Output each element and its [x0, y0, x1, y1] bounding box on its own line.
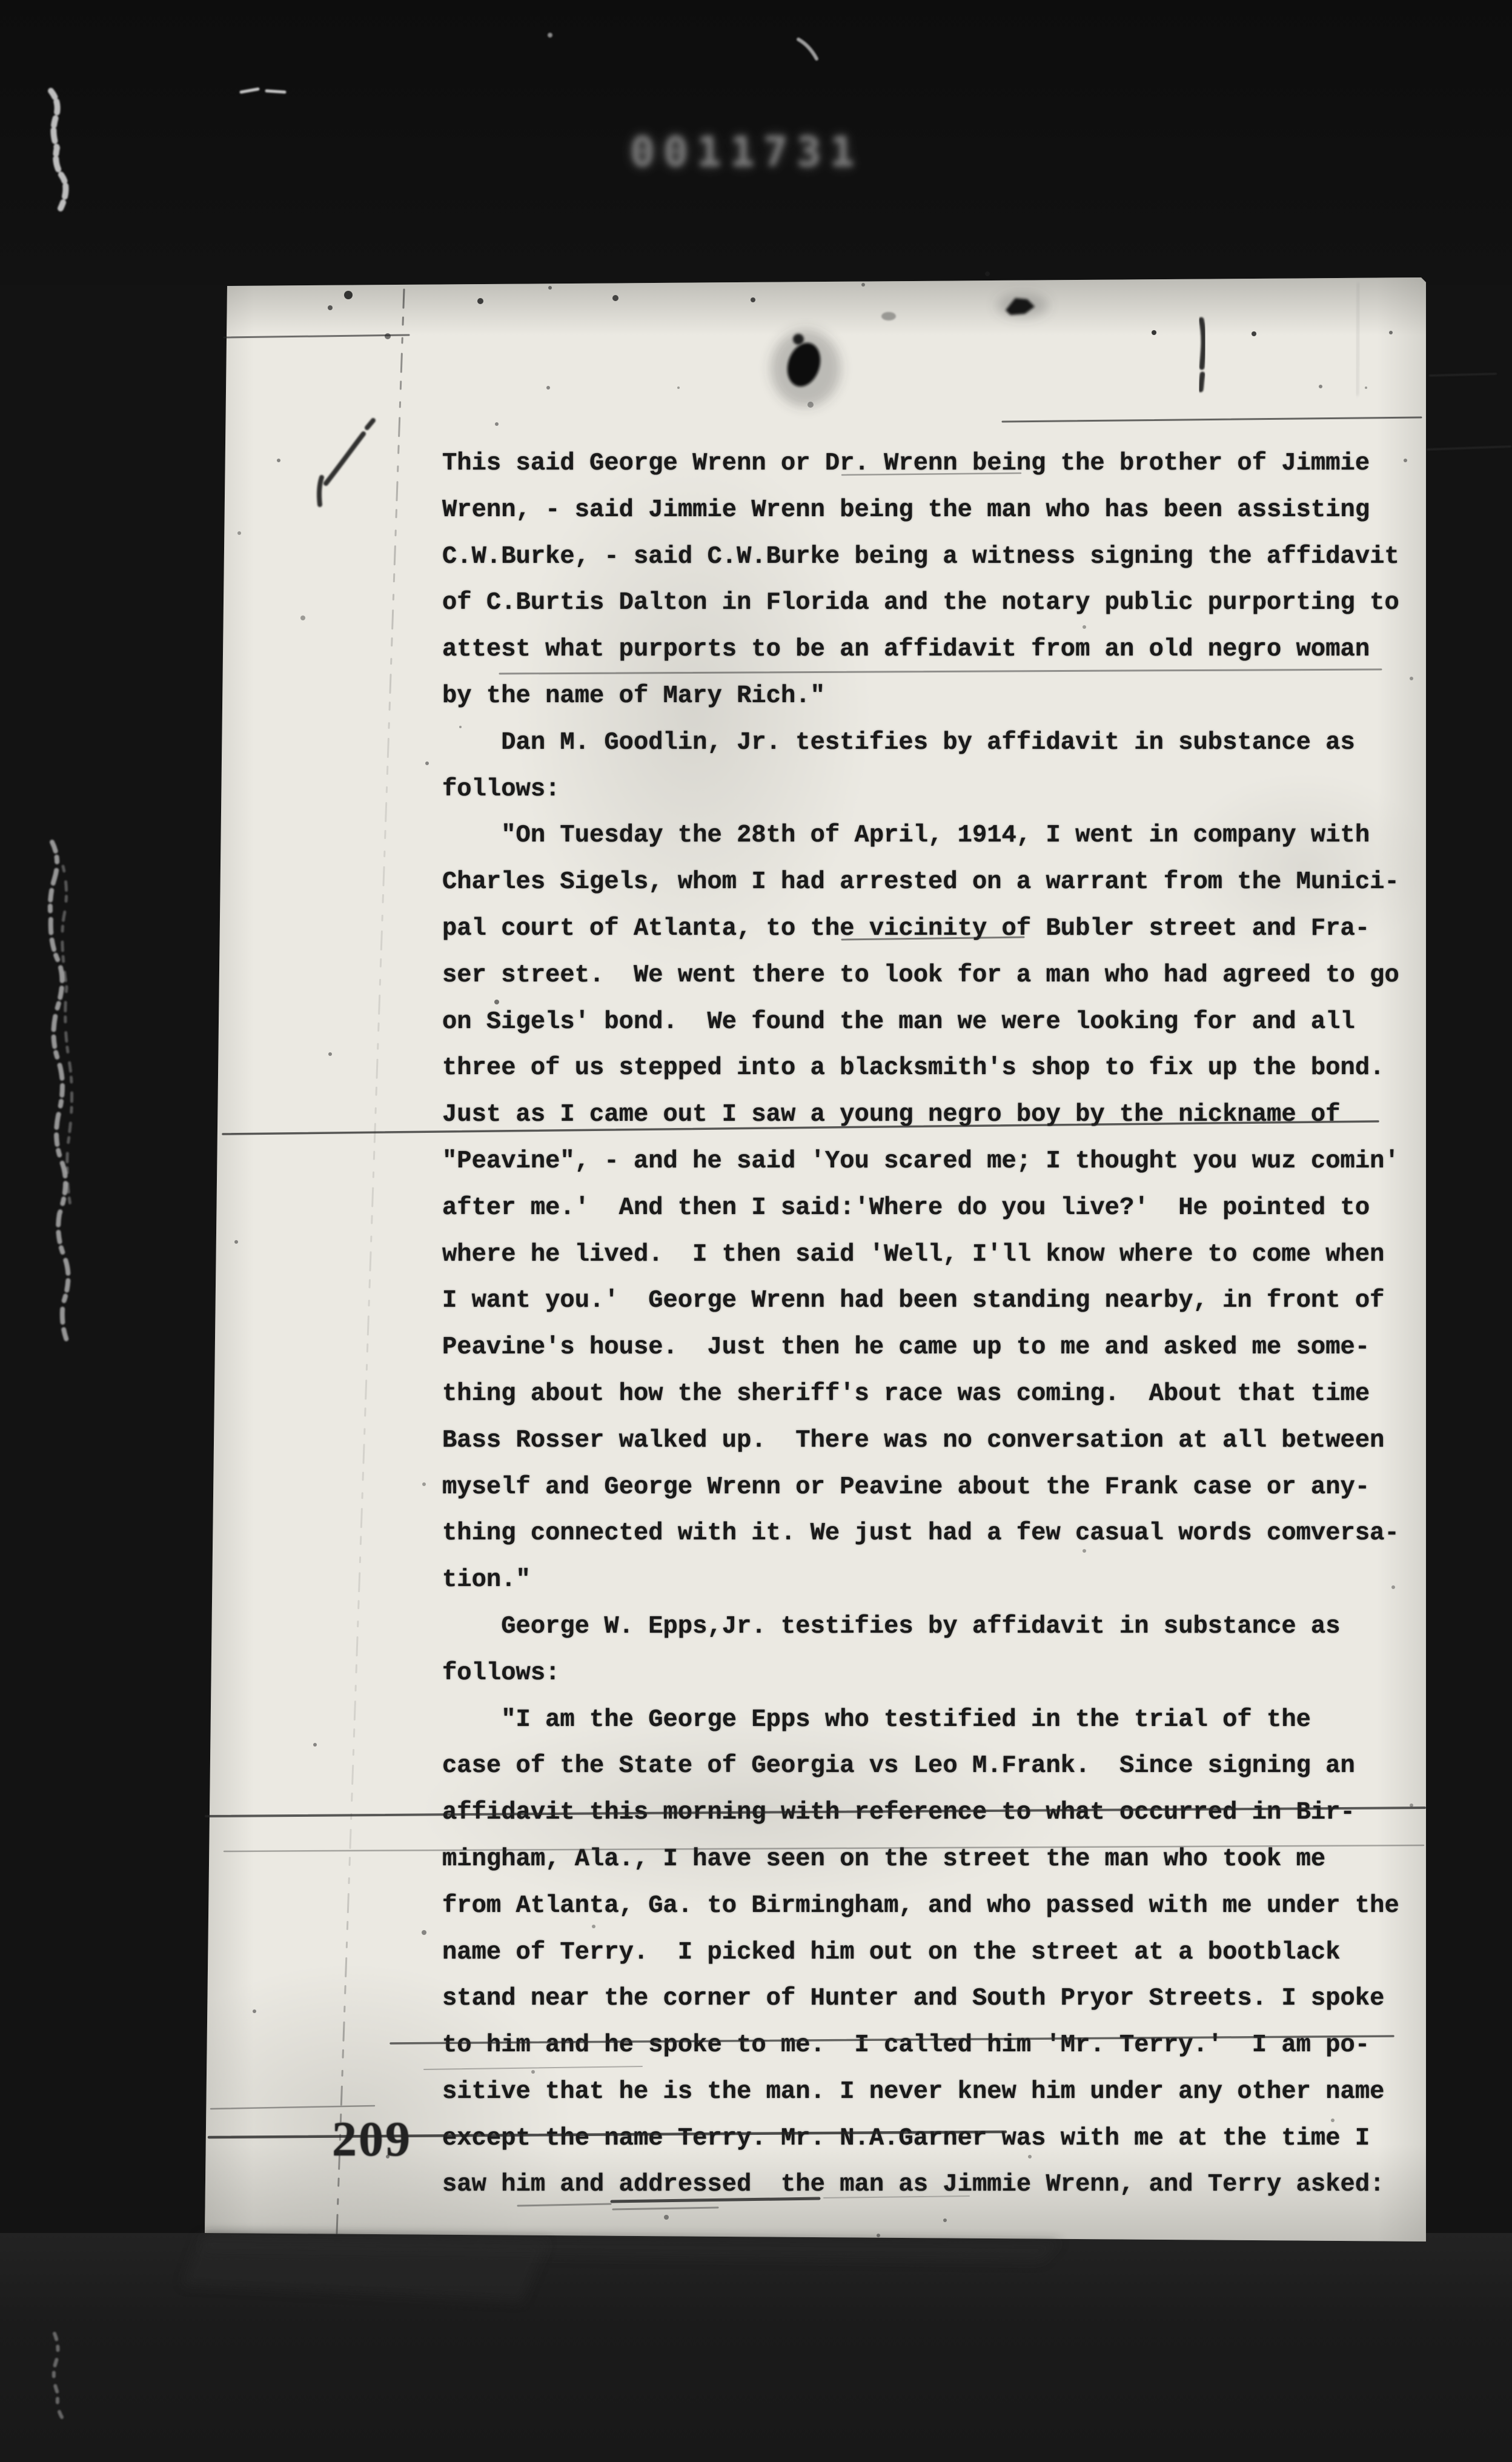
text-line: sitive that he is the man. I never knew … [442, 2069, 1399, 2115]
text-line: on Sigels' bond. We found the man we wer… [442, 999, 1399, 1046]
text-line: Dan M. Goodlin, Jr. testifies by affidav… [442, 720, 1399, 766]
text-line: from Atlanta, Ga. to Birmingham, and who… [442, 1883, 1399, 1929]
text-line: "Peavine", - and he said 'You scared me;… [442, 1138, 1399, 1185]
film-frame-stamp: 0011731 [630, 128, 863, 176]
text-line: to him and he spoke to me. I called him … [442, 2022, 1399, 2069]
text-line: C.W.Burke, - said C.W.Burke being a witn… [442, 534, 1399, 580]
text-line: I want you.' George Wrenn had been stand… [442, 1278, 1399, 1324]
text-line: by the name of Mary Rich." [442, 673, 1399, 720]
document-page: This said George Wrenn or Dr. Wrenn bein… [205, 276, 1426, 2243]
text-line: affidavit this morning with reference to… [442, 1790, 1399, 1836]
text-line: three of us stepped into a blacksmith's … [442, 1045, 1399, 1092]
text-line: follows: [442, 1650, 1399, 1697]
text-line: attest what purports to be an affidavit … [442, 626, 1399, 673]
text-line: Bass Rosser walked up. There was no conv… [442, 1418, 1399, 1464]
film-black-band-bottom [0, 2233, 1512, 2462]
text-line: tion." [442, 1557, 1399, 1604]
text-line: This said George Wrenn or Dr. Wrenn bein… [442, 440, 1399, 487]
text-line: Wrenn, - said Jimmie Wrenn being the man… [442, 487, 1399, 534]
text-line: saw him and addressed the man as Jimmie … [442, 2162, 1399, 2208]
text-line: myself and George Wrenn or Peavine about… [442, 1464, 1399, 1511]
text-line: where he lived. I then said 'Well, I'll … [442, 1232, 1399, 1278]
text-line: name of Terry. I picked him out on the s… [442, 1929, 1399, 1976]
text-line: "I am the George Epps who testified in t… [442, 1697, 1399, 1744]
text-line: after me.' And then I said:'Where do you… [442, 1185, 1399, 1232]
margin-page-number: 209 [332, 2111, 412, 2168]
text-line: pal court of Atlanta, to the vicinity of… [442, 906, 1399, 952]
text-line: thing about how the sheriff's race was c… [442, 1371, 1399, 1418]
text-line: of C.Burtis Dalton in Florida and the no… [442, 580, 1399, 626]
text-line: follows: [442, 766, 1399, 813]
text-line: George W. Epps,Jr. testifies by affidavi… [442, 1604, 1399, 1650]
text-line: Charles Sigels, whom I had arrested on a… [442, 859, 1399, 906]
text-line: except the name Terry. Mr. N.A.Garner wa… [442, 2115, 1399, 2162]
text-line: mingham, Ala., I have seen on the street… [442, 1836, 1399, 1883]
text-line: stand near the corner of Hunter and Sout… [442, 1976, 1399, 2022]
text-line: Peavine's house. Just then he came up to… [442, 1324, 1399, 1371]
text-line: ser street. We went there to look for a … [442, 952, 1399, 999]
typed-text: This said George Wrenn or Dr. Wrenn bein… [442, 440, 1399, 2208]
text-line: "On Tuesday the 28th of April, 1914, I w… [442, 812, 1399, 859]
text-line: thing connected with it. We just had a f… [442, 1510, 1399, 1557]
text-line: case of the State of Georgia vs Leo M.Fr… [442, 1743, 1399, 1790]
microfilm-frame: 0011731 This said George Wrenn or Dr. Wr… [0, 0, 1512, 2462]
text-line: Just as I came out I saw a young negro b… [442, 1092, 1399, 1138]
